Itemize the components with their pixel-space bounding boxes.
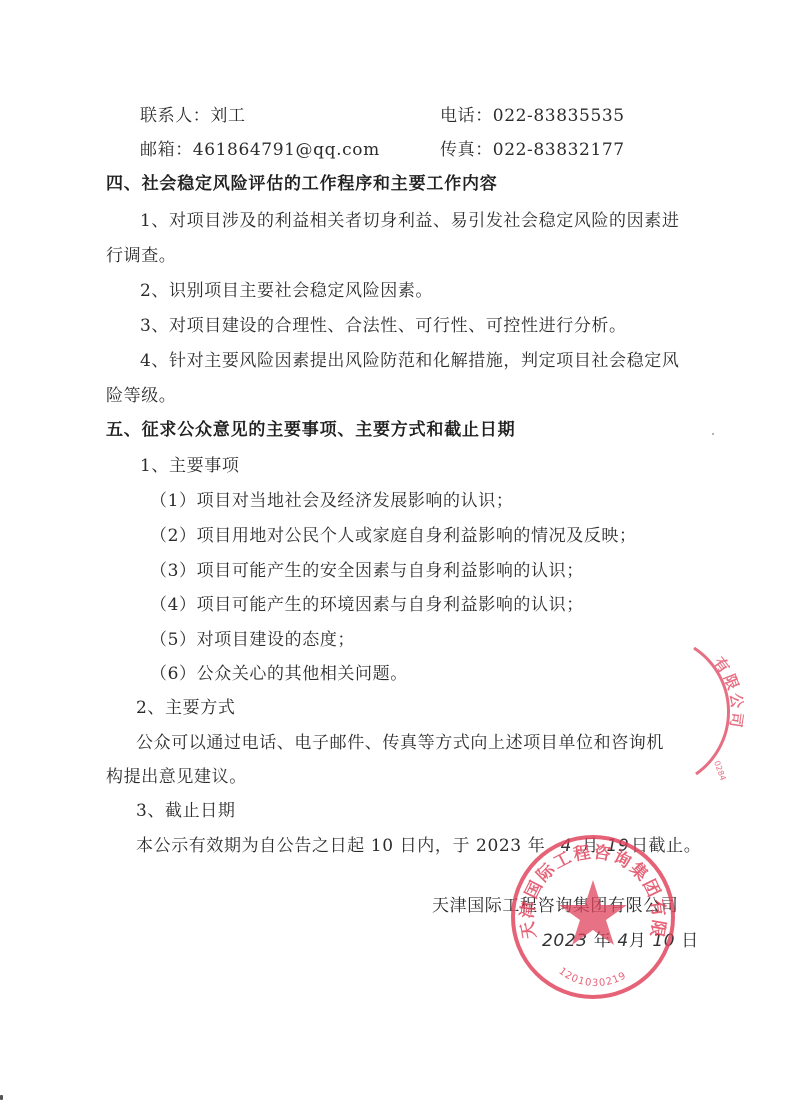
- signature-day-handwritten: 10: [652, 931, 675, 951]
- contact-fax: 传真：022-83832177: [440, 140, 625, 160]
- section5-sub1-item2: （2）项目用地对公民个人或家庭自身利益影响的情况及反映；: [150, 526, 637, 546]
- deadline-day-handwritten: 19: [605, 836, 631, 856]
- deadline-text-before: 本公示有效期为自公告之日起 10 日内，于 2023 年: [136, 836, 545, 856]
- contact-email: 邮箱：461864791@qq.com: [140, 140, 380, 160]
- deadline-month-label: 月: [581, 836, 599, 856]
- deadline-month-handwritten: 4: [551, 836, 581, 856]
- section4-item4-line2: 险等级。: [106, 386, 176, 406]
- section4-item1-line2: 行调查。: [106, 246, 176, 266]
- section5-sub3-title: 3、截止日期: [136, 801, 235, 821]
- deadline-text-after: 日截止。: [631, 836, 701, 856]
- section5-heading: 五、征求公众意见的主要事项、主要方式和截止日期: [106, 420, 515, 440]
- company-seal-stamp: 天津国际工程咨询集团有限公司 1201030219: [508, 832, 678, 1002]
- signature-month-handwritten: 4: [617, 931, 628, 951]
- svg-text:1201030219: 1201030219: [556, 966, 628, 989]
- section4-item2: 2、识别项目主要社会稳定风险因素。: [140, 281, 433, 301]
- signature-year-label: 年: [594, 931, 612, 951]
- signature-company: 天津国际工程咨询集团有限公司: [432, 896, 678, 916]
- document-page: 联系人：刘工 电话：022-83835535 邮箱：461864791@qq.c…: [0, 0, 800, 1117]
- section5-sub3-deadline: 本公示有效期为自公告之日起 10 日内，于 2023 年 4月 19日截止。: [136, 836, 701, 856]
- signature-month-label: 月: [629, 931, 647, 951]
- contact-person: 联系人：刘工: [140, 106, 246, 126]
- signature-date: 2023 年 4月 10 日: [542, 931, 699, 951]
- svg-text:有限公司: 有限公司: [710, 654, 747, 732]
- section5-sub1-item4: （4）项目可能产生的环境因素与自身利益影响的认识；: [150, 595, 584, 615]
- signature-day-label: 日: [681, 931, 699, 951]
- partial-seal-stamp: 有限公司 0284: [690, 640, 800, 780]
- section5-sub1-title: 1、主要事项: [140, 456, 239, 476]
- section5-sub2-line2: 构提出意见建议。: [106, 767, 247, 787]
- section4-item3: 3、对项目建设的合理性、合法性、可行性、可控性进行分析。: [140, 316, 627, 336]
- section4-item4-line1: 4、针对主要风险因素提出风险防范和化解措施，判定项目社会稳定风: [140, 351, 679, 371]
- section4-heading: 四、社会稳定风险评估的工作程序和主要工作内容: [106, 174, 498, 194]
- scan-speck: [0, 1095, 3, 1100]
- section4-item1-line1: 1、对项目涉及的利益相关者切身利益、易引发社会稳定风险的因素进: [140, 211, 679, 231]
- signature-year-handwritten: 2023: [542, 931, 588, 951]
- section5-sub1-item6: （6）公众关心的其他相关问题。: [150, 664, 408, 684]
- svg-text:0284: 0284: [712, 760, 727, 780]
- seal-star-icon: 天津国际工程咨询集团有限公司 1201030219: [508, 832, 678, 1002]
- section5-sub2-title: 2、主要方式: [136, 698, 235, 718]
- section5-sub1-item1: （1）项目对当地社会及经济发展影响的认识；: [150, 491, 513, 511]
- partial-seal-arc-icon: 有限公司 0284: [690, 640, 800, 780]
- scan-speck: [712, 433, 714, 435]
- section5-sub2-line1: 公众可以通过电话、电子邮件、传真等方式向上述项目单位和咨询机: [136, 733, 664, 753]
- section5-sub1-item3: （3）项目可能产生的安全因素与自身利益影响的认识；: [150, 561, 584, 581]
- section5-sub1-item5: （5）对项目建设的态度；: [150, 630, 355, 650]
- contact-phone: 电话：022-83835535: [440, 106, 625, 126]
